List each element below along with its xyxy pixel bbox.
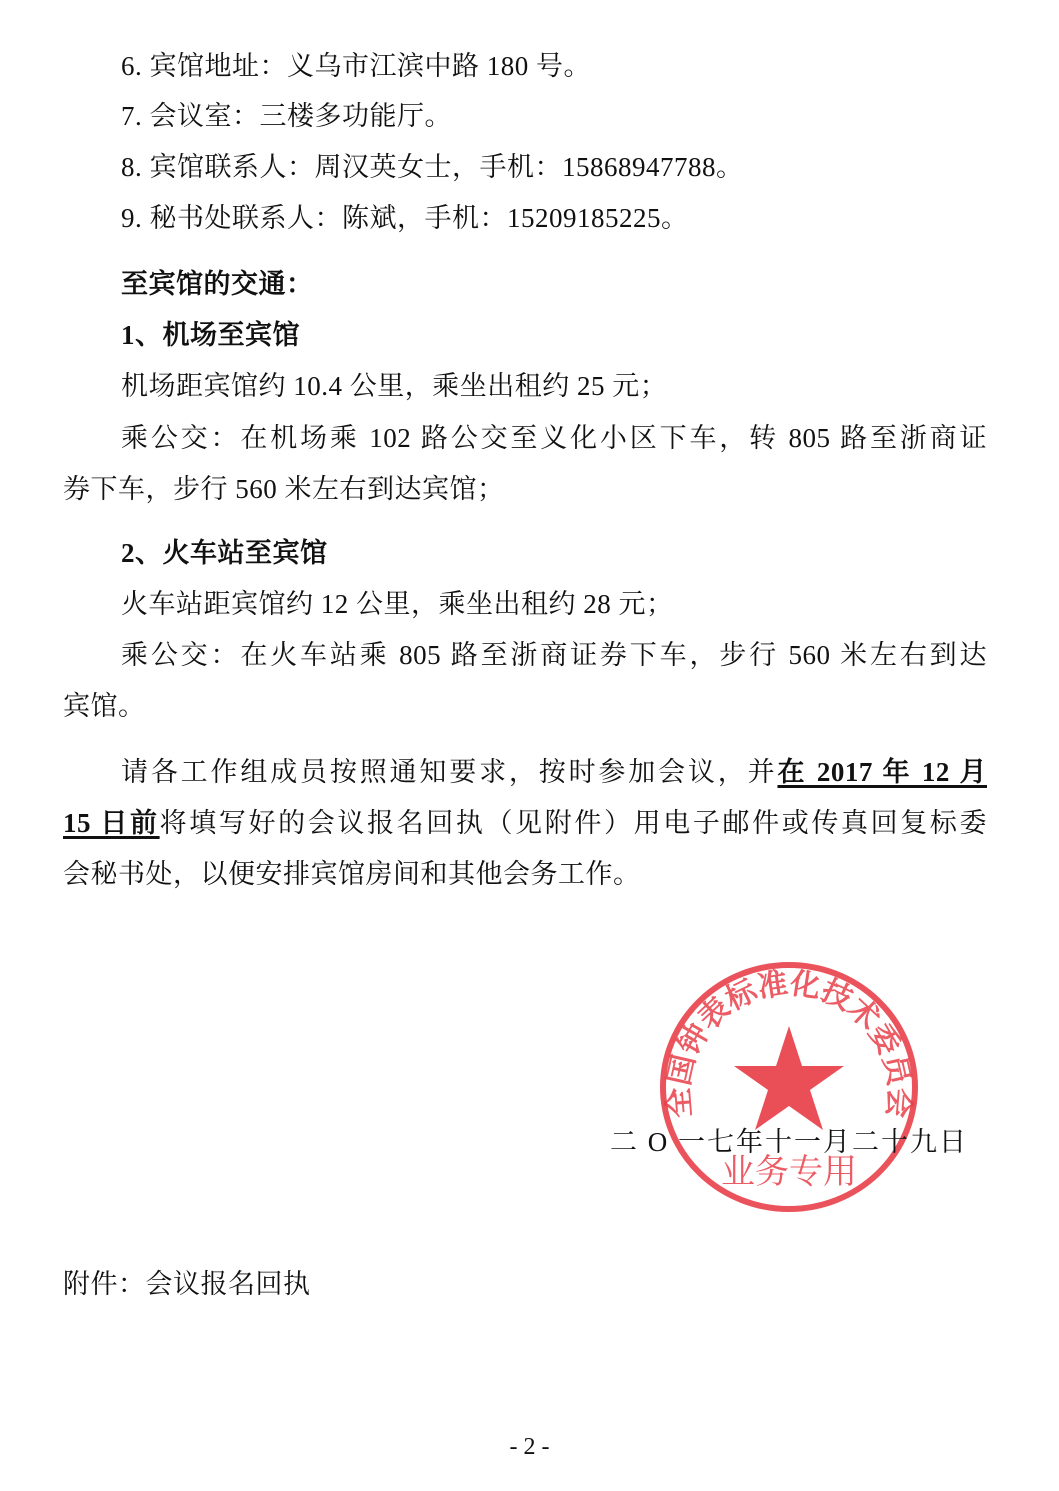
closing-line1: 请各工作组成员按照通知要求，按时参加会议，并在 2017 年 12 月 — [121, 754, 987, 790]
deadline-emphasis-1: 在 2017 年 12 月 — [777, 757, 987, 787]
item-8-hotel-contact: 8. 宾馆联系人：周汉英女士，手机：15868947788。 — [121, 149, 744, 185]
airport-heading: 1、机场至宾馆 — [121, 317, 300, 353]
train-heading: 2、火车站至宾馆 — [121, 535, 328, 571]
closing-prefix: 请各工作组成员按照通知要求，按时参加会议，并 — [121, 757, 777, 787]
airport-taxi: 机场距宾馆约 10.4 公里，乘坐出租约 25 元； — [121, 368, 667, 404]
official-seal-icon: 全国钟表标准化技术委员会 业务专用 — [655, 958, 923, 1216]
attachment-note: 附件：会议报名回执 — [63, 1266, 311, 1302]
train-bus-line2: 宾馆。 — [63, 688, 146, 724]
closing-line2: 15 日前将填写好的会议报名回执（见附件）用电子邮件或传真回复标委 — [63, 805, 987, 841]
closing-rest: 将填写好的会议报名回执（见附件）用电子邮件或传真回复标委 — [160, 808, 987, 838]
item-9-secretariat-contact: 9. 秘书处联系人：陈斌，手机：15209185225。 — [121, 200, 689, 236]
page-number: - 2 - — [0, 1434, 1059, 1461]
airport-bus-line1: 乘公交：在机场乘 102 路公交至义化小区下车，转 805 路至浙商证 — [121, 420, 987, 456]
transport-heading: 至宾馆的交通： — [121, 266, 314, 302]
item-6-hotel-address: 6. 宾馆地址：义乌市江滨中路 180 号。 — [121, 48, 591, 84]
train-bus-line1: 乘公交：在火车站乘 805 路至浙商证券下车，步行 560 米左右到达 — [121, 637, 987, 673]
closing-line3: 会秘书处，以便安排宾馆房间和其他会务工作。 — [63, 856, 641, 892]
signature-date: 二 O 一七年十一月二十九日 — [610, 1124, 968, 1160]
item-7-meeting-room: 7. 会议室：三楼多功能厅。 — [121, 98, 452, 134]
airport-bus-line2: 券下车，步行 560 米左右到达宾馆； — [63, 471, 505, 507]
deadline-emphasis-2: 15 日前 — [63, 808, 160, 838]
star-icon — [734, 1026, 844, 1130]
train-taxi: 火车站距宾馆约 12 公里，乘坐出租约 28 元； — [121, 586, 674, 622]
